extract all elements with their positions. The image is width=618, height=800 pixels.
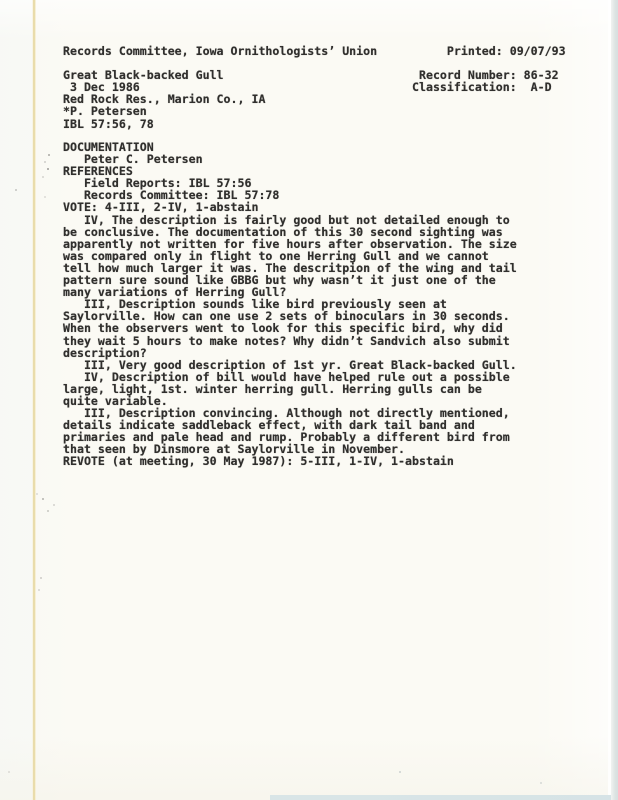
record-header-text: Records Committee, Iowa Ornithologists’ … [63, 45, 566, 130]
scanned-document-page: Records Committee, Iowa Ornithologists’ … [0, 0, 618, 800]
paper-fold-line [33, 0, 35, 800]
scanner-bottom-edge-band [270, 795, 611, 800]
record-body-text: DOCUMENTATION Peter C. Petersen REFERENC… [63, 141, 517, 468]
scanner-right-edge-band [611, 0, 618, 800]
paper-left-margin-strip [0, 0, 33, 800]
